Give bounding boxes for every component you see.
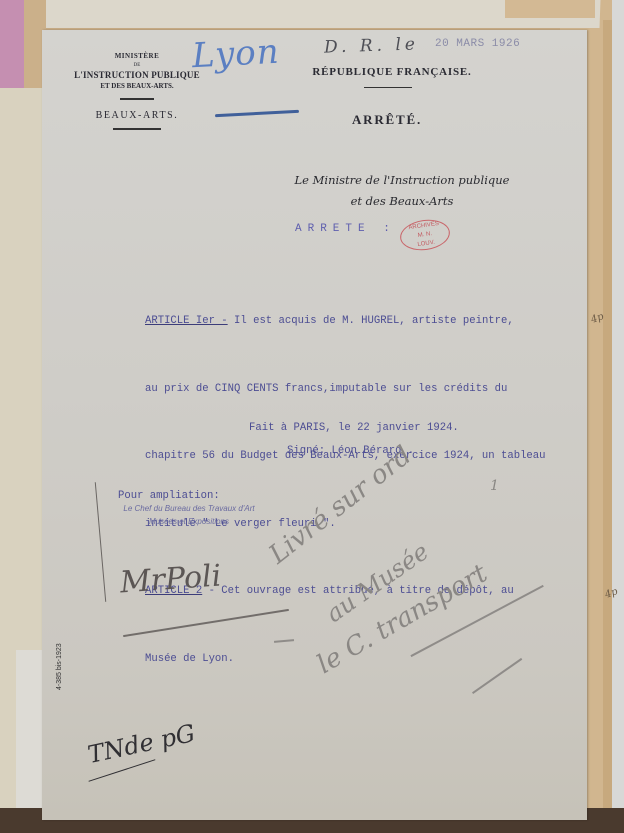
background-strip [16, 650, 42, 830]
archives-stamp: ARCHIVES M. N. LOUV. [398, 217, 452, 254]
article-1: ARTICLE Ier - Il est acquis de M. HUGREL… [145, 310, 546, 333]
pink-folder [0, 0, 24, 90]
bureau-chief-stamp-line-1: Le Chef du Bureau des Travaux d'Art [94, 502, 284, 515]
pencil-page-number: 1 [490, 478, 499, 494]
letterhead-divider [120, 98, 154, 100]
article-1-label: ARTICLE Ier - [145, 315, 228, 327]
document-page: MINISTÈRE DE L'INSTRUCTION PUBLIQUE ET D… [42, 30, 587, 820]
ministry-letterhead: MINISTÈRE DE L'INSTRUCTION PUBLIQUE ET D… [67, 52, 207, 130]
print-code-container: 4-385 bis-1923 [56, 630, 66, 690]
bureau-chief-stamp-line-2: Musées et Expositions [94, 515, 284, 528]
document-title: ARRÊTÉ. [342, 112, 432, 128]
minister-line-2: et des Beaux-Arts [267, 191, 537, 212]
minister-line-1: Le Ministre de l'Instruction publique [267, 170, 537, 191]
heading-divider [364, 87, 412, 88]
handwritten-city: Lyon [191, 32, 281, 77]
print-code: 4-385 bis-1923 [56, 643, 63, 690]
letterhead-division: BEAUX-ARTS. [67, 110, 207, 121]
ampliation-signature: MrPoli [119, 559, 222, 601]
letterhead-de: DE [67, 63, 207, 68]
date-received-stamp: 20 MARS 1926 [435, 38, 520, 50]
letterhead-beaux-arts-line: ET DES BEAUX-ARTS. [67, 82, 207, 90]
handwritten-dr-note: D. R. le [324, 34, 420, 57]
arrete-label: ARRETE : [295, 223, 396, 235]
letterhead-instruction: L'INSTRUCTION PUBLIQUE [67, 70, 207, 80]
minister-heading: Le Ministre de l'Instruction publique et… [267, 170, 537, 212]
republic-heading: RÉPUBLIQUE FRANÇAISE. [297, 66, 487, 78]
place-date-line: Fait à PARIS, le 22 janvier 1924. [249, 417, 459, 440]
folder-corner [505, 0, 595, 18]
article-1-line-1: Il est acquis de M. HUGREL, artiste pein… [228, 315, 514, 327]
handwritten-underline [215, 110, 299, 117]
signature-stroke [95, 482, 107, 602]
letterhead-ministere: MINISTÈRE [67, 52, 207, 60]
letterhead-divider-2 [113, 128, 161, 130]
background-paper-edge [612, 0, 624, 808]
article-1-line-2: au prix de CINQ CENTS francs,imputable s… [145, 378, 546, 401]
bureau-chief-stamp: Le Chef du Bureau des Travaux d'Art Musé… [94, 502, 284, 528]
bottom-signature: TNde pG [85, 719, 197, 769]
